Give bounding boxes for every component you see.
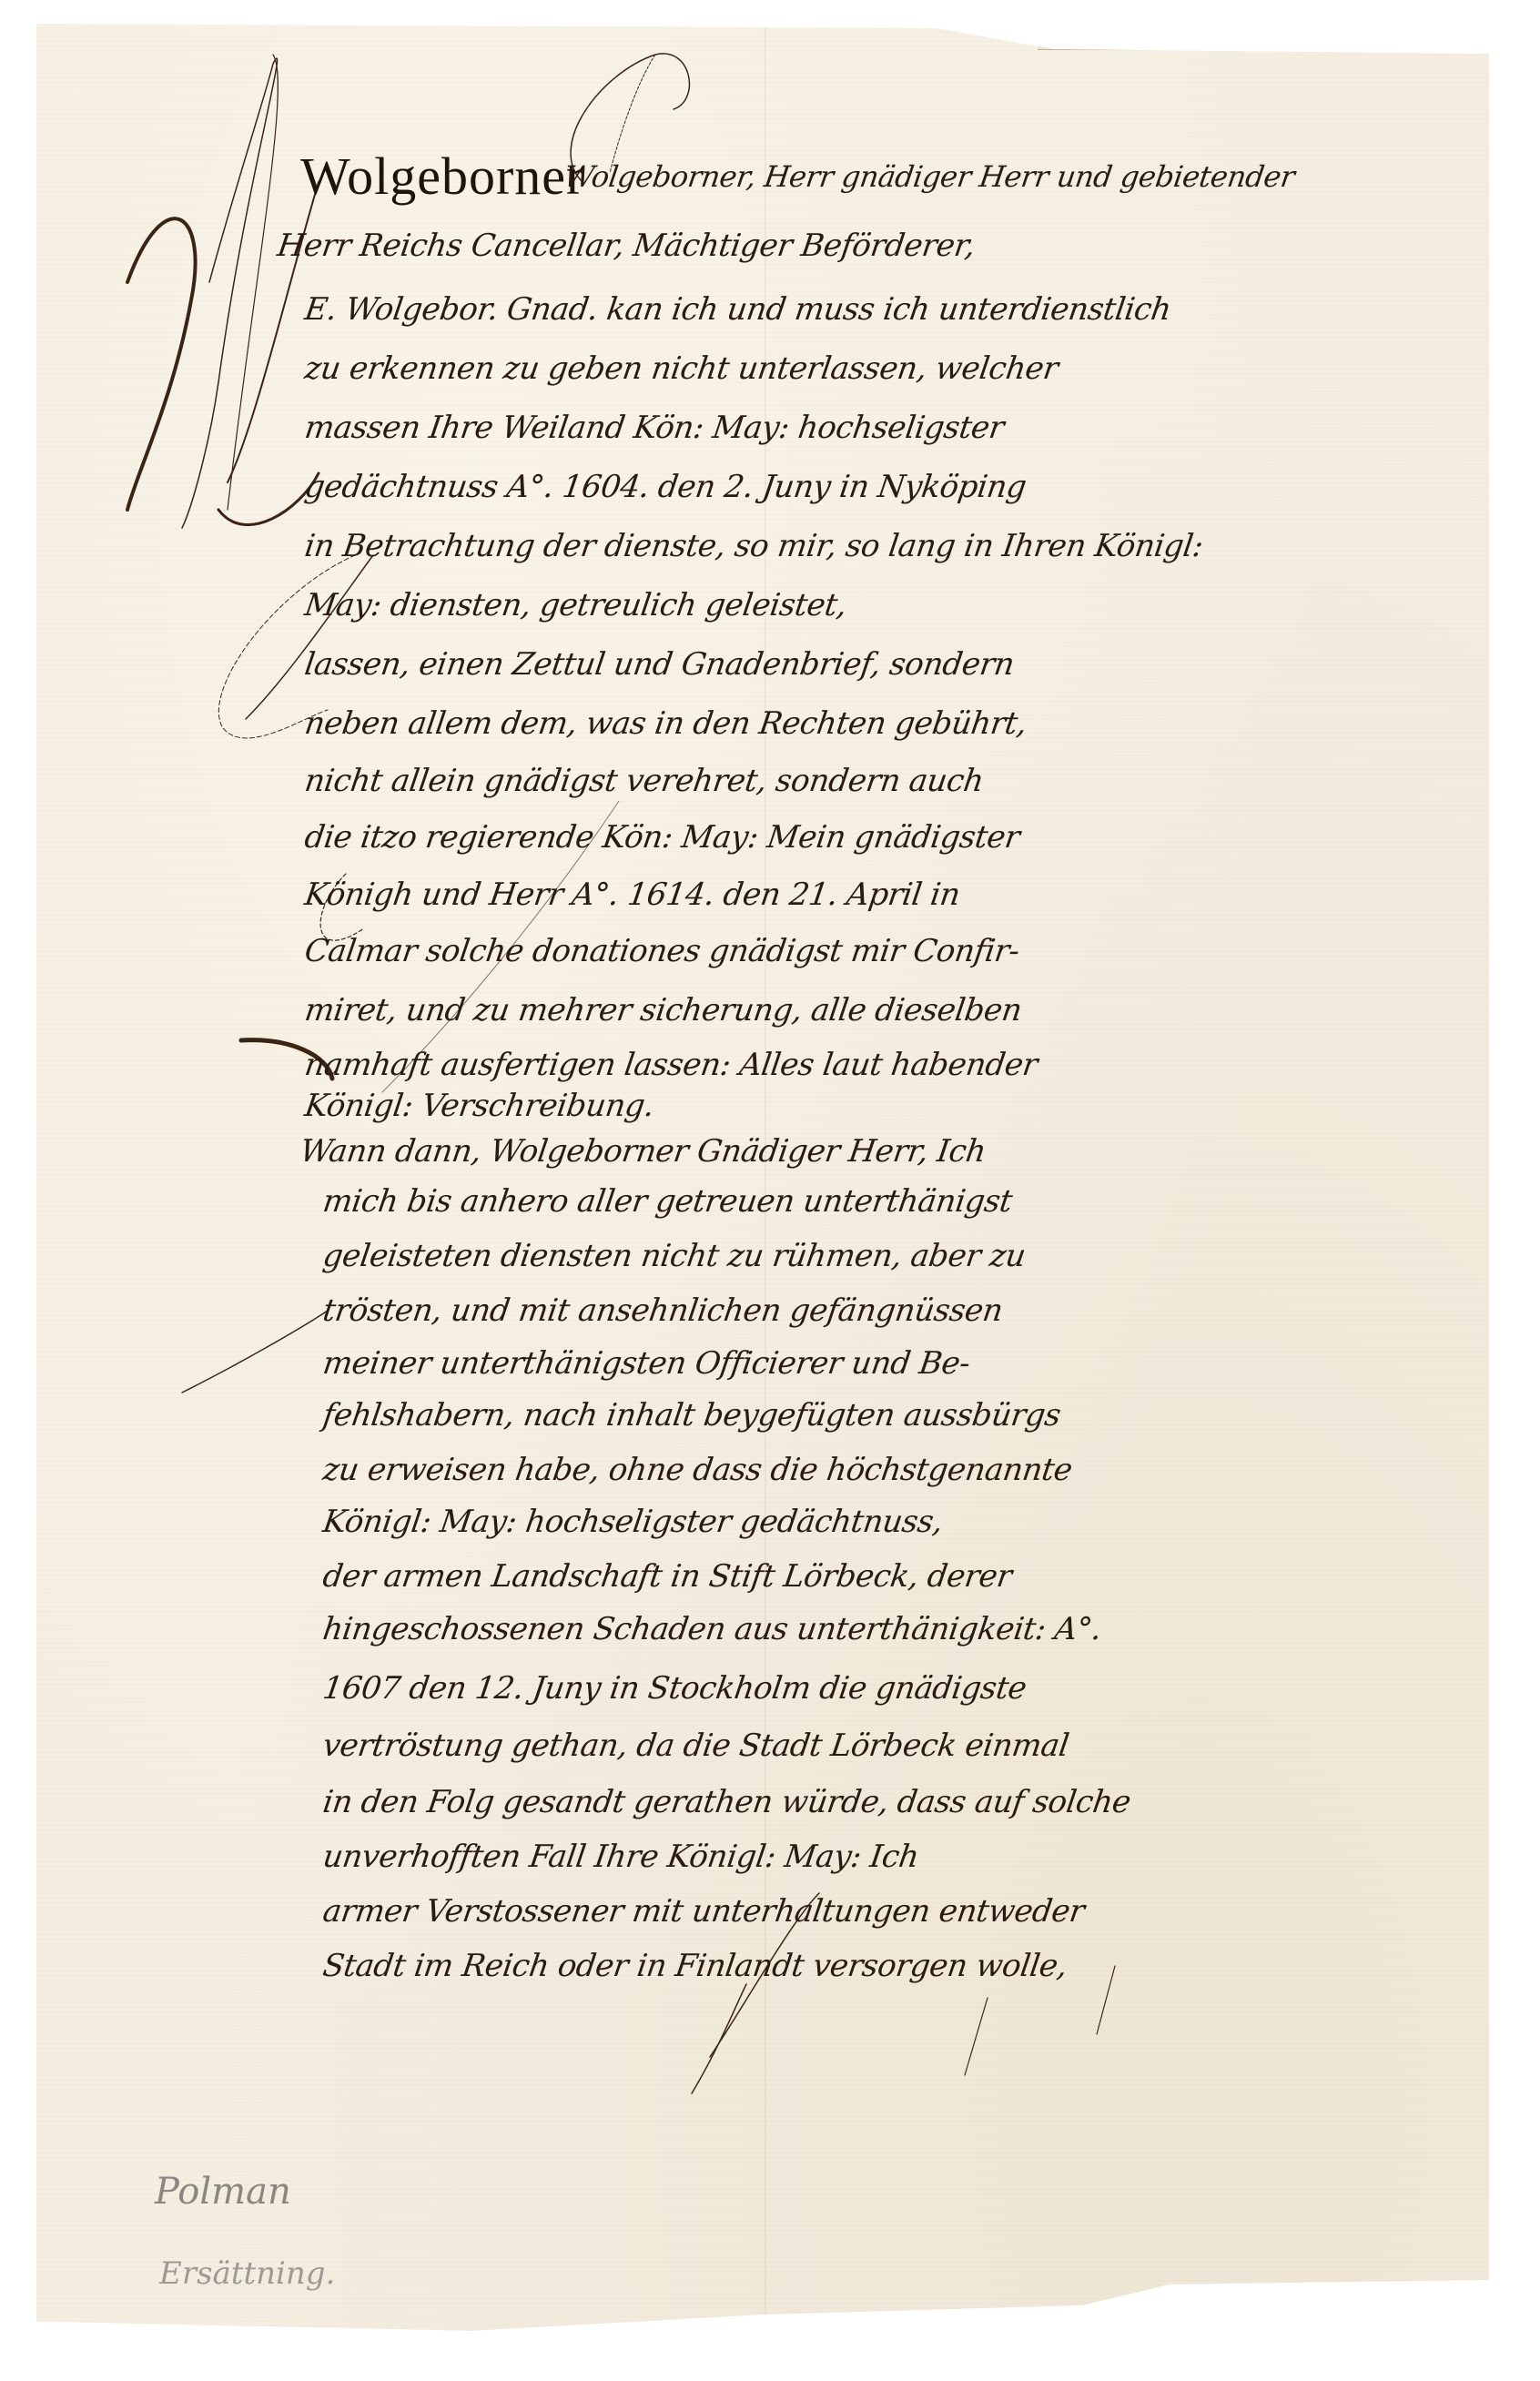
- text-line: Königl: Verschreibung.: [302, 1088, 656, 1124]
- text-line: fehlshabern, nach inhalt beygefügten aus…: [320, 1397, 1062, 1434]
- text-line: die itzo regierende Kön: May: Mein gnädi…: [302, 819, 1022, 856]
- text-line: mich bis anhero aller getreuen unterthän…: [320, 1183, 1014, 1220]
- text-line: Calmar solche donationes gnädigst mir Co…: [302, 933, 1021, 969]
- text-line: neben allem dem, was in den Rechten gebü…: [302, 705, 1028, 742]
- text-line: zu erkennen zu geben nicht unterlassen, …: [302, 350, 1060, 387]
- text-line: Wolgeborner, Herr gnädiger Herr und gebi…: [562, 159, 1296, 194]
- text-line: geleisteten diensten nicht zu rühmen, ab…: [320, 1238, 1028, 1274]
- text-line: gedächtnuss A°. 1604. den 2. Juny in Nyk…: [302, 469, 1028, 505]
- salutation-initial: Wolgeborner: [300, 146, 584, 207]
- text-line: zu erweisen habe, ohne dass die höchstge…: [320, 1452, 1074, 1488]
- text-line: unverhofften Fall Ihre Königl: May: Ich: [320, 1839, 921, 1875]
- pencil-annotation-note: Ersättning.: [159, 2255, 335, 2292]
- text-line: in Betrachtung der dienste, so mir, so l…: [302, 528, 1205, 564]
- text-line: miret, und zu mehrer sicherung, alle die…: [302, 992, 1024, 1028]
- text-line: der armen Landschaft in Stift Lörbeck, d…: [320, 1558, 1014, 1595]
- text-line: Königl: May: hochseligster gedächtnuss,: [320, 1504, 945, 1540]
- text-line: hingeschossenen Schaden aus unterthänigk…: [320, 1611, 1103, 1647]
- text-line: E. Wolgebor. Gnad. kan ich und muss ich …: [302, 291, 1173, 328]
- text-line: in den Folg gesandt gerathen würde, dass…: [320, 1784, 1132, 1820]
- text-line: vertröstung gethan, da die Stadt Lörbeck…: [320, 1727, 1071, 1764]
- text-line: massen Ihre Weiland Kön: May: hochseligs…: [302, 410, 1006, 446]
- text-line: May: diensten, getreulich geleistet,: [302, 587, 848, 623]
- letter-body: Wolgeborner Wolgeborner, Herr gnädiger H…: [0, 0, 1540, 2381]
- text-line: Wann dann, Wolgeborner Gnädiger Herr, Ic…: [298, 1133, 988, 1170]
- text-line: trösten, und mit ansehnlichen gefängnüss…: [320, 1292, 1005, 1329]
- text-line: namhaft ausfertigen lassen: Alles laut h…: [302, 1047, 1039, 1083]
- pencil-annotation-name: Polman: [155, 2171, 291, 2213]
- text-line: Stadt im Reich oder in Finlandt versorge…: [320, 1948, 1069, 1984]
- text-line: nicht allein gnädigst verehret, sondern …: [302, 763, 986, 799]
- text-line: lassen, einen Zettul und Gnadenbrief, so…: [302, 646, 1016, 683]
- text-line: 1607 den 12. Juny in Stockholm die gnädi…: [320, 1670, 1028, 1707]
- text-line: Königh und Herr A°. 1614. den 21. April …: [302, 876, 962, 913]
- text-line: armer Verstossener mit unterhaltungen en…: [320, 1893, 1087, 1930]
- text-line: Herr Reichs Cancellar, Mächtiger Beförde…: [275, 228, 978, 264]
- text-line: meiner unterthänigsten Officierer und Be…: [320, 1345, 972, 1382]
